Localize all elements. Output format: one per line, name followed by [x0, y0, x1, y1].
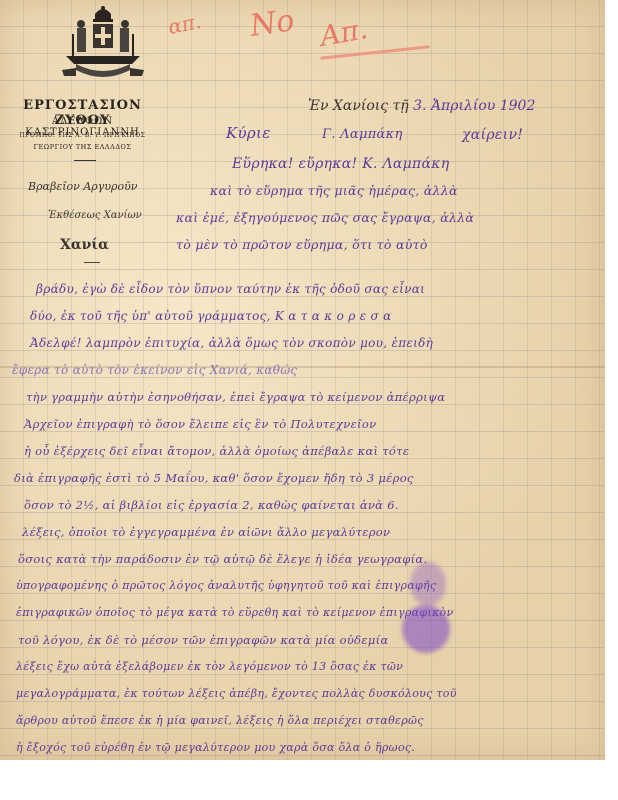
body-line: βράδυ, ἐγὼ δὲ εἶδον τὸν ὕπνον ταύτην ἐκ …	[36, 282, 425, 296]
body-line: Ἀδελφέ! λαμπρὸν ἐπιτυχία, ἀλλὰ ὅμως τὸν …	[30, 336, 433, 350]
letterhead-award: Βραβεῖον Αργυροῦν	[28, 180, 138, 193]
body-line: ἐπιγραφικῶν ὁποῖος τὸ μέγα κατὰ τὸ εὕρεθ…	[16, 606, 453, 619]
body-line: δύο, ἐκ τοῦ τῆς ὑπ' αὐτοῦ γράμματος, Κ α…	[30, 309, 392, 323]
letterhead-exhibition: Ἐκθέσεως Χανίων	[48, 210, 142, 221]
date-month: Ἀπριλίου	[431, 98, 495, 114]
letterhead-divider	[74, 160, 96, 161]
letter-page: ΕΡΓΟΣΤΑΣΙΟΝ ΖΥΘΟΥ ΑΔΕΛΦΩΝ ΚΑΣΤΡΙΝΟΓΙΑΝΝΗ…	[0, 0, 605, 760]
body-line: Εὕρηκα! εὕρηκα! Κ. Λαμπάκη	[232, 156, 449, 172]
salutation-greeting: χαίρειν!	[462, 127, 523, 143]
red-annotation-3: Απ.	[317, 12, 370, 53]
coat-of-arms-icon	[62, 4, 144, 84]
place-prefix: Ἐν Χανίοις τῇ	[308, 98, 409, 114]
body-line: ἔφερα τὸ αὐτὸ τὸν ἐκείνον εἰς Χανιά, καθ…	[12, 363, 297, 377]
body-line: λέξεις, ὁποῖοι τὸ ἐγγεγραμμένα ἐν αἰῶνι …	[22, 525, 390, 539]
letterhead-city: Χανία	[60, 237, 109, 253]
body-line: τὴν γραμμὴν αὐτὴν ἐσηνοθήσαν, ἐπεὶ ἔγραψ…	[26, 390, 445, 404]
body-line: τοῦ λόγου, ἐκ δὲ τὸ μέσον τῶν ἐπιγραφῶν …	[18, 633, 389, 647]
salutation-name: Γ. Λαμπάκη	[322, 127, 403, 142]
body-line: καὶ ἐμέ, ἐξηγούμενος πῶς σας ἔγραψα, ἀλλ…	[176, 210, 474, 225]
body-line: Ἀρχεῖον ἐπιγραφὴ τὸ ὅσον ἔλειπε εἰς ἓν τ…	[24, 417, 376, 431]
salutation-title: Κύριε	[226, 124, 271, 142]
body-line: μεγαλογράμματα, ἐκ τούτων λέξεις ἀπέβη, …	[16, 687, 457, 700]
date-year: 1902	[500, 98, 536, 114]
body-line: ἡ οὖ ἐξέρχεις δεῖ εἶναι ἄτομον, ἀλλὰ ὁμο…	[24, 444, 409, 458]
body-line: ὅσοις κατὰ τὴν παράδοσιν ἐν τῷ αὐτῷ δὲ ἔ…	[18, 552, 427, 566]
body-line: ἄρθρου αὐτοῦ ἔπεσε ἐκ ἡ μία φαινεῖ, λέξε…	[16, 714, 424, 727]
ink-stain	[402, 605, 450, 653]
date-day: 3.	[413, 98, 426, 114]
body-line: ἡ ἔξοχός τοῦ εὑρέθη ἐν τῷ μεγαλύτερον μο…	[16, 741, 415, 754]
place-date: Ἐν Χανίοις τῇ 3. Ἀπριλίου 1902	[308, 98, 535, 114]
ink-stain	[410, 562, 446, 606]
body-line: ὑπογραφομένης ὁ πρῶτος λόγος ἀναλυτῆς ὑφ…	[16, 579, 436, 592]
body-line: διὰ ἐπιγραφῆς ἐστὶ τὸ 5 Μαΐου, καθ' ὅσον…	[14, 471, 414, 485]
red-annotation-1: απ.	[166, 9, 203, 39]
body-line: καὶ τὸ εὕρημα τῆς μιᾶς ἡμέρας, ἀλλὰ	[210, 183, 458, 198]
letterhead-supplier-line-2: ΓΕΩΡΓΙΟΥ ΤΗΣ ΕΛΛΑΔΟΣ	[0, 143, 165, 151]
red-annotation-2: Νο	[248, 3, 297, 44]
body-line: ὅσον τὸ 2½, αἱ βιβλίοι εἰς ἐργασία 2, κα…	[24, 498, 399, 512]
city-divider	[84, 262, 100, 263]
body-line: τὸ μὲν τὸ πρῶτον εὕρημα, ὅτι τὸ αὐτὸ	[176, 237, 428, 252]
body-line: λέξεις ἔχω αὐτὰ ἐξελάβομεν ἐκ τὸν λεγόμε…	[16, 660, 403, 673]
letterhead-supplier-line-1: ΠΡΟΜΗΘ. ΤΗΣ Α. Β. Υ. ΠΡΙΓΚΙΠΟΣ	[0, 132, 165, 139]
